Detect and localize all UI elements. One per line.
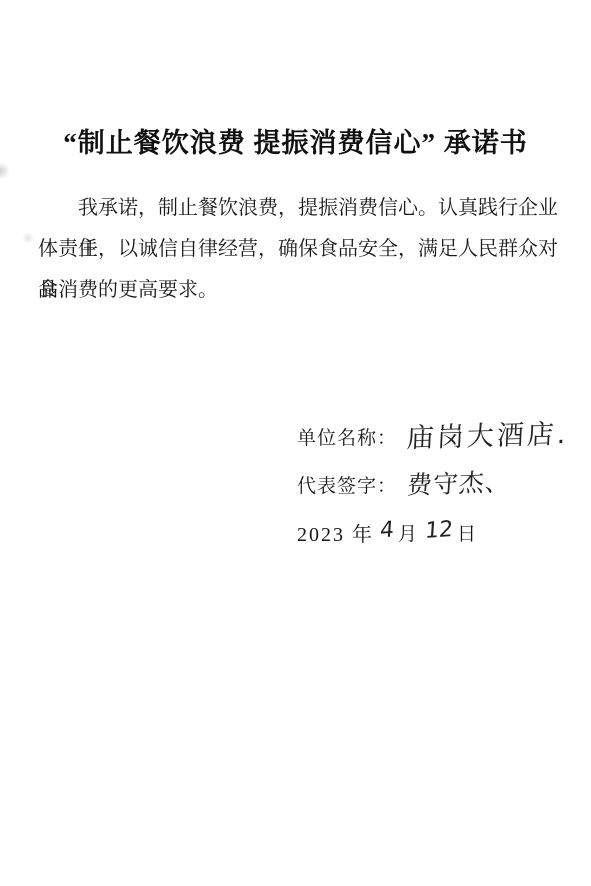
date-year-text: 2023 年 (297, 518, 374, 547)
date-day-handwritten-value: 12 (424, 516, 454, 543)
representative-signature-row: 代表签字： 费守杰、 (297, 460, 569, 508)
unit-name-handwritten-value: 庙岗大酒店. (406, 411, 569, 454)
unit-name-label: 单位名称： (297, 423, 397, 450)
unit-name-row: 单位名称： 庙岗大酒店. (297, 412, 569, 460)
paragraph-line-3: 品消费的更高要求。 (38, 270, 558, 311)
date-month-label: 月 (398, 519, 419, 546)
date-day-label: 日 (457, 519, 478, 546)
commitment-paragraph: 我承诺，制止餐饮浪费，提振消费信心。认真践行企业主 体责任，以诚信自律经营，确保… (38, 188, 558, 311)
representative-handwritten-signature: 费守杰、 (406, 462, 512, 502)
representative-signature-label: 代表签字： (297, 471, 397, 498)
signature-block: 单位名称： 庙岗大酒店. 代表签字： 费守杰、 2023 年 4 月 12 日 (297, 412, 569, 556)
date-month-handwritten-value: 4 (379, 517, 395, 543)
date-row: 2023 年 4 月 12 日 (297, 508, 569, 556)
scan-artifact-smudge (0, 163, 9, 179)
paragraph-line-2: 体责任，以诚信自律经营，确保食品安全，满足人民群众对食 (38, 229, 558, 270)
scan-artifact-smudge (22, 232, 34, 244)
scanned-document-page: “制止餐饮浪费 提振消费信心” 承诺书 我承诺，制止餐饮浪费，提振消费信心。认真… (0, 0, 591, 886)
document-title: “制止餐饮浪费 提振消费信心” 承诺书 (0, 121, 591, 160)
paragraph-line-1: 我承诺，制止餐饮浪费，提振消费信心。认真践行企业主 (38, 188, 558, 229)
